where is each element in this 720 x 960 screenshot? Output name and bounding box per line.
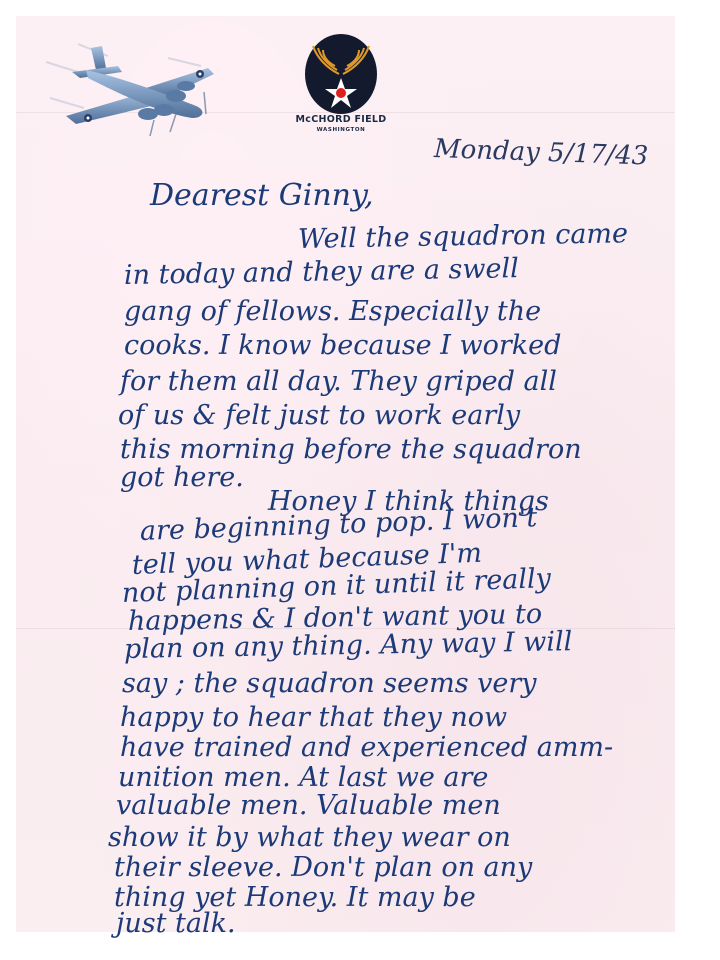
letter-line: cooks. I know because I worked [124,330,561,361]
letter-line: of us & felt just to work early [118,400,520,431]
letter-line: just talk. [116,908,236,939]
letter-line: their sleeve. Don't plan on any [114,852,532,883]
letter-line: show it by what they wear on [108,822,511,853]
letter-line: Well the squadron came [298,218,629,255]
letter-greeting: Dearest Ginny, [150,178,373,213]
letter-line: plan on any thing. Any way I will [124,626,573,665]
letter-line: in today and they are a swell [124,253,519,291]
letter-line: valuable men. Valuable men [116,790,501,821]
letter-line: say ; the squadron seems very [122,668,537,699]
letterhead-field-name: McCHORD FIELD [286,114,396,125]
letter-line: have trained and experienced amm- [120,732,613,763]
letterhead-state: WASHINGTON [286,127,396,133]
letter-line: happy to hear that they now [120,702,507,733]
army-air-forces-emblem-icon [303,28,379,122]
letter-line: got here. [120,462,244,493]
letter-line: gang of fellows. Especially the [124,296,541,327]
letter-paper: McCHORD FIELD WASHINGTON Monday 5/17/43 … [16,16,675,932]
letter-line: unition men. At last we are [118,762,488,793]
letter-line: for them all day. They griped all [120,366,557,397]
letter-line: this morning before the squadron [120,434,582,465]
bomber-plane-icon [36,36,226,136]
letter-date: Monday 5/17/43 [433,134,648,171]
